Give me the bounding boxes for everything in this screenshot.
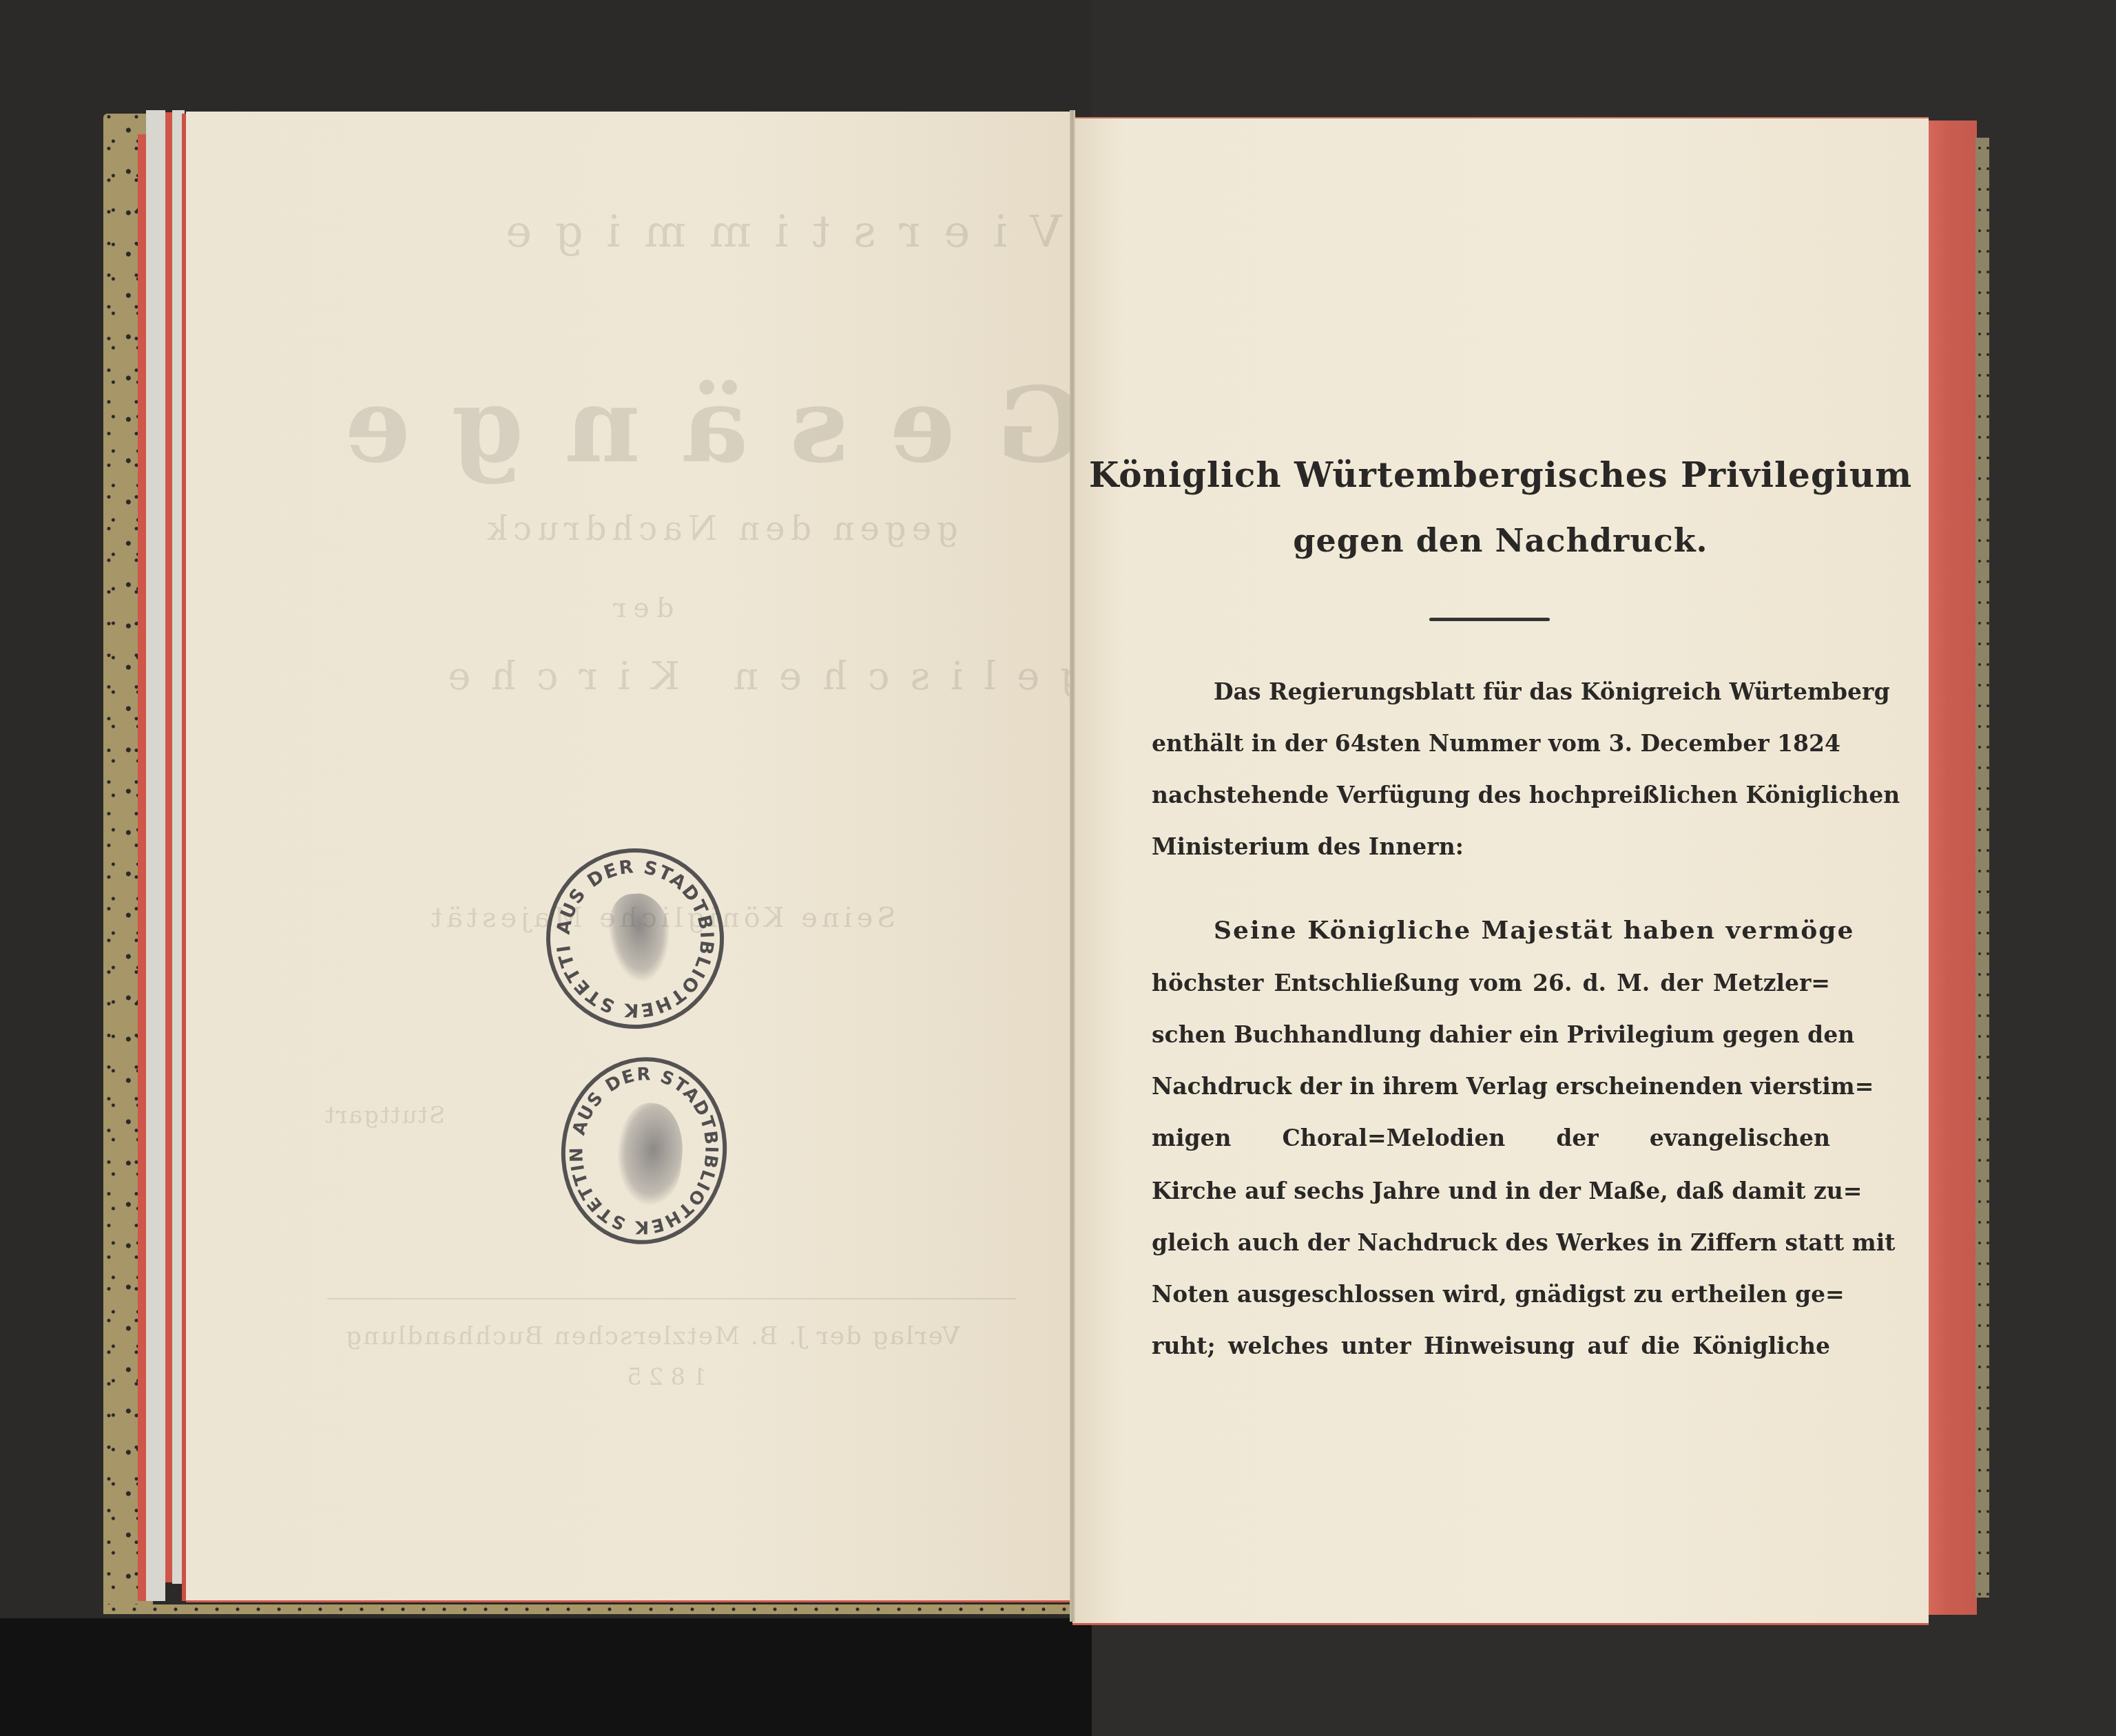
text-line: schen Buchhandlung dahier ein Privilegiu… [1152, 1021, 1830, 1048]
text-line: nachstehende Verfügung des hochpreißlich… [1152, 782, 1830, 808]
page-edge-red-right [1929, 121, 1977, 1615]
showthrough-text: 1825 [620, 1363, 707, 1391]
text-line: Kirche auf sechs Jahre und in der Maße, … [1152, 1178, 1830, 1204]
showthrough-rule [327, 1298, 1016, 1299]
book-cover-right [1975, 138, 1989, 1598]
privilege-title: Königlich Würtembergisches Privilegium [1072, 454, 1929, 495]
showthrough-text: Stuttgart [324, 1102, 445, 1129]
background-shadow [0, 1618, 1092, 1736]
book-cover-bottom-edge [103, 1604, 1075, 1614]
text-line: gleich auch der Nachdruck des Werkes in … [1152, 1229, 1830, 1256]
text-line: Ministerium des Innern: [1152, 833, 1830, 860]
showthrough-text: Gesänge [303, 365, 1085, 486]
page-edge-red [138, 134, 146, 1601]
text-line: enthält in der 64sten Nummer vom 3. Dece… [1152, 730, 1830, 757]
privilege-subtitle: gegen den Nachdruck. [1072, 522, 1929, 559]
text-line: Nachdruck der in ihrem Verlag erscheinen… [1152, 1073, 1830, 1100]
flyleaf [146, 110, 165, 1601]
text-line: migen Choral=Melodien der evangelischen [1152, 1125, 1830, 1151]
showthrough-text: Verlag der J. B. Metzlerschen Buchhandlu… [344, 1322, 960, 1350]
text-line: höchster Entschließung vom 26. d. M. der… [1152, 970, 1830, 996]
text-line: Noten ausgeschlossen wird, gnädigst zu e… [1152, 1281, 1830, 1308]
text-line: ruht; welches unter Hinweisung auf die K… [1152, 1332, 1830, 1359]
showthrough-text: der [606, 592, 674, 624]
showthrough-text: gegen den Nachdruck [482, 510, 958, 548]
separator-rule [1429, 618, 1550, 621]
right-page [1072, 117, 1929, 1625]
library-stamp: AUS DER STADTBIBLIOTHEK STETTIN [540, 842, 730, 1034]
library-stamp: AUS DER STADTBIBLIOTHEK STETTIN [552, 1049, 736, 1253]
page-edge-red [165, 112, 172, 1582]
showthrough-text: Vierstimmige [482, 207, 1062, 258]
text-line: Das Regierungsblatt für das Königreich W… [1214, 678, 1830, 705]
text-line: Seine Königliche Majestät haben vermöge [1214, 916, 1830, 945]
book-gutter [1070, 110, 1075, 1622]
